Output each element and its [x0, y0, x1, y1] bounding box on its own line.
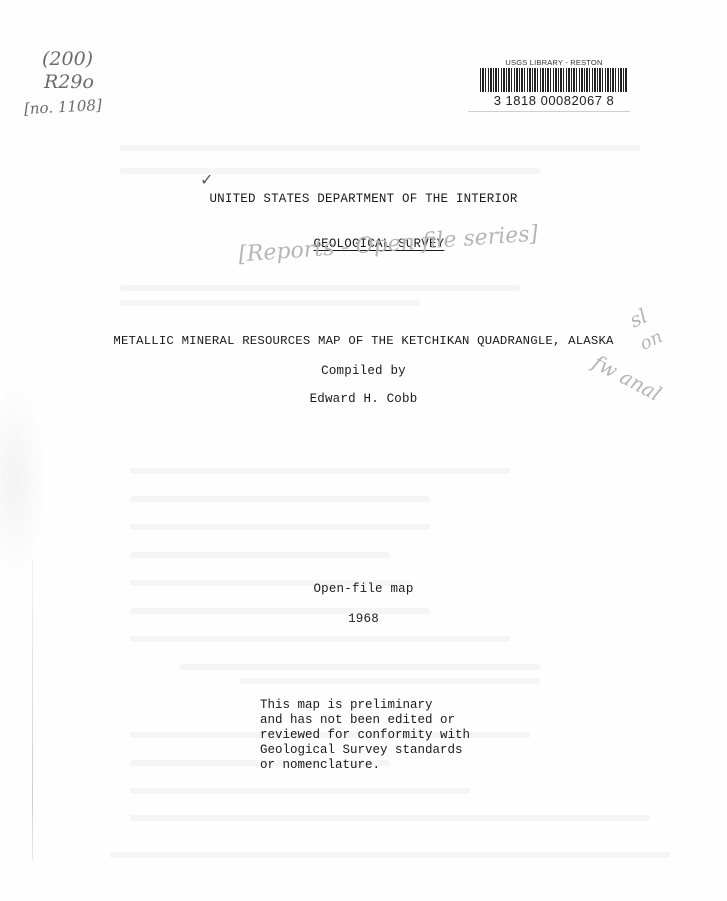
bleed-through-line: [120, 300, 420, 306]
bleed-through-line: [130, 636, 510, 642]
bleed-through-line: [180, 664, 540, 670]
scan-shadow: [0, 380, 48, 580]
author-name: Edward H. Cobb: [0, 392, 727, 406]
bleed-through-line: [240, 678, 540, 684]
bleed-through-line: [130, 496, 430, 502]
barcode-number: 3 1818 00082067 8: [478, 93, 630, 108]
scan-edge-line: [32, 560, 33, 860]
handwritten-call-number-line2: R29o: [44, 71, 94, 93]
checkmark-annotation: ✓: [200, 170, 213, 189]
publication-year: 1968: [0, 612, 727, 626]
bleed-through-line: [120, 285, 520, 291]
map-title: METALLIC MINERAL RESOURCES MAP OF THE KE…: [0, 334, 727, 348]
handwritten-call-number-line1: (200): [42, 48, 93, 70]
handwritten-call-number-line3: [no. 1108]: [24, 96, 103, 118]
report-type: Open-file map: [0, 582, 727, 596]
margin-note-line2: on: [637, 326, 666, 355]
bleed-through-line: [130, 468, 510, 474]
barcode-rule: [468, 111, 630, 112]
barcode-library-name: USGS LIBRARY - RESTON: [478, 58, 630, 67]
department-heading: UNITED STATES DEPARTMENT OF THE INTERIOR: [0, 192, 727, 206]
bleed-through-line: [130, 552, 390, 558]
margin-note-line1: sl: [626, 304, 651, 333]
scanned-page: (200) R29o [no. 1108] USGS LIBRARY - RES…: [0, 0, 727, 901]
library-barcode-label: USGS LIBRARY - RESTON 3 1818 00082067 8: [478, 58, 630, 126]
bleed-through-line: [130, 788, 470, 794]
barcode-icon: [480, 68, 628, 92]
bleed-through-line: [110, 852, 670, 858]
preliminary-disclaimer: This map is preliminary and has not been…: [260, 698, 470, 773]
bleed-through-line: [130, 815, 650, 821]
bleed-through-line: [120, 168, 540, 174]
bleed-through-line: [120, 145, 640, 151]
bleed-through-line: [130, 524, 430, 530]
